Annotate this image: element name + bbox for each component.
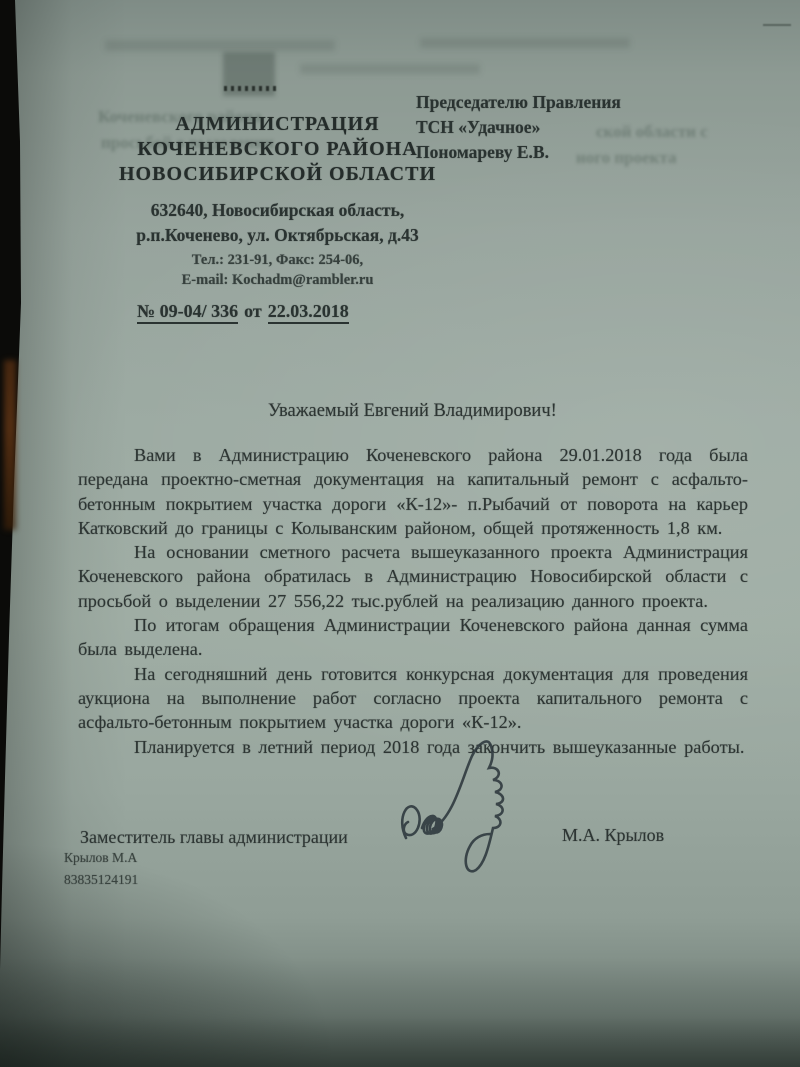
body-paragraph: На основании сметного расчета вышеуказан… — [78, 540, 748, 613]
letterhead-organization: АДМИНИСТРАЦИЯ КОЧЕНЕВСКОГО РАЙОНА НОВОСИ… — [95, 112, 460, 187]
reference-preposition: от — [238, 301, 268, 321]
photo-edge-discoloration — [4, 360, 16, 530]
signer-position-title: Заместитель главы администрации — [80, 827, 348, 848]
body-paragraph: На сегодняшний день готовится конкурсная… — [78, 662, 748, 735]
reference-number: № 09-04/ 336 — [137, 301, 238, 324]
reference-date: 22.03.2018 — [268, 301, 349, 324]
photo-bottom-shadow — [0, 957, 800, 1067]
phone-fax-line: Тел.: 231-91, Факс: 254-06, — [95, 250, 460, 270]
org-name-line: АДМИНИСТРАЦИЯ — [95, 112, 460, 137]
handwritten-signature — [392, 738, 544, 884]
letter-body: Вами в Администрацию Коченевского района… — [78, 443, 748, 759]
org-name-line: НОВОСИБИРСКОЙ ОБЛАСТИ — [95, 162, 460, 187]
letter-content: Председателю Правления ТСН «Удачное» Пон… — [0, 0, 800, 1067]
letterhead-contacts: Тел.: 231-91, Факс: 254-06, E-mail: Koch… — [95, 250, 460, 290]
org-name-line: КОЧЕНЕВСКОГО РАЙОНА — [95, 137, 460, 162]
photographed-letter: Коченевского района просьбой о выделении… — [0, 0, 800, 1067]
address-line: 632640, Новосибирская область, — [95, 198, 460, 223]
reference-line: № 09-04/ 336от22.03.2018 — [137, 301, 349, 322]
letterhead-address: 632640, Новосибирская область, р.п.Кочен… — [95, 198, 460, 248]
signer-name: М.А. Крылов — [562, 825, 664, 846]
executor-phone: 83835124191 — [64, 872, 138, 888]
address-line: р.п.Коченево, ул. Октябрьская, д.43 — [95, 223, 460, 248]
salutation: Уважаемый Евгений Владимирович! — [268, 401, 557, 422]
executor-name: Крылов М.А — [64, 850, 137, 866]
body-paragraph: Вами в Администрацию Коченевского района… — [78, 443, 748, 540]
body-paragraph: По итогам обращения Администрации Кочене… — [78, 613, 748, 662]
email-line: E-mail: Kochadm@rambler.ru — [95, 270, 460, 290]
